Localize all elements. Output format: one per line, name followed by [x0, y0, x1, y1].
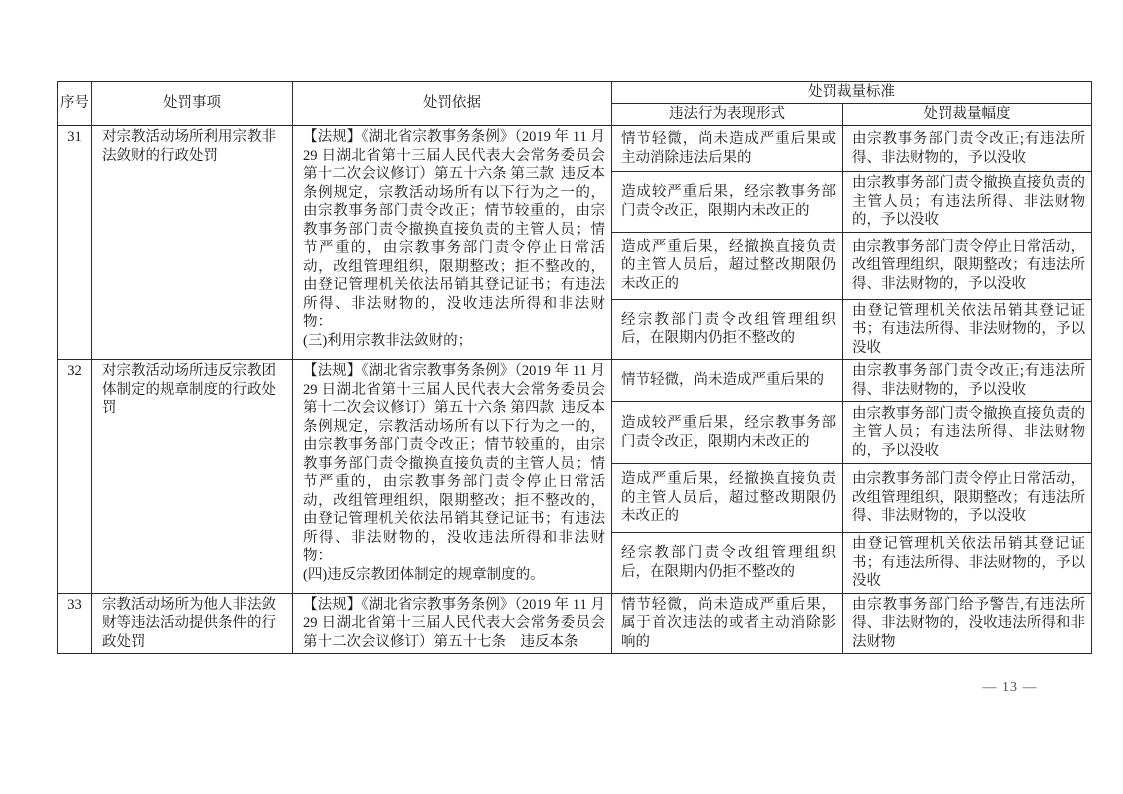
- header-row-1: 序号 处罚事项 处罚依据 处罚裁量标准: [58, 82, 1092, 104]
- penalty-matter: 宗教活动场所为他人非法敛财等违法活动提供条件的行政处罚: [92, 593, 293, 654]
- row-number: 33: [58, 593, 92, 654]
- row-number: 31: [58, 126, 92, 360]
- violation-form: 经宗教部门责令改组管理组织后，在限期内仍拒不整改的: [612, 299, 843, 360]
- penalty-range: 由宗教事务部门责令撤换直接负责的主管人员；有违法所得、非法财物的，予以没收: [843, 402, 1092, 464]
- row-number: 32: [58, 360, 92, 594]
- table-row: 31 对宗教活动场所利用宗教非法敛财的行政处罚 【法规】《湖北省宗教事务条例》（…: [58, 126, 1092, 172]
- penalty-range: 由宗教事务部门责令停止日常活动，改组管理组织，限期整改；有违法所得、非法财物的，…: [843, 464, 1092, 533]
- penalty-basis: 【法规】《湖北省宗教事务条例》（2019 年 11 月 29 日湖北省第十三届人…: [293, 360, 612, 594]
- table-row: 32 对宗教活动场所违反宗教团体制定的规章制度的行政处罚 【法规】《湖北省宗教事…: [58, 360, 1092, 402]
- violation-form: 造成较严重后果，经宗教事务部门责令改正，限期内未改正的: [612, 172, 843, 233]
- penalty-range: 由宗教事务部门责令停止日常活动，改组管理组织，限期整改；有违法所得、非法财物的，…: [843, 232, 1092, 299]
- penalty-range: 由宗教事务部门责令改正;有违法所得、非法财物的，予以没收: [843, 360, 1092, 402]
- penalty-matter: 对宗教活动场所利用宗教非法敛财的行政处罚: [92, 126, 293, 360]
- column-header-basis: 处罚依据: [293, 82, 612, 126]
- penalty-matter: 对宗教活动场所违反宗教团体制定的规章制度的行政处罚: [92, 360, 293, 594]
- violation-form: 造成较严重后果，经宗教事务部门责令改正，限期内未改正的: [612, 402, 843, 464]
- violation-form: 造成严重后果，经撤换直接负责的主管人员后，超过整改期限仍未改正的: [612, 464, 843, 533]
- column-header-matter: 处罚事项: [92, 82, 293, 126]
- violation-form: 情节轻微，尚未造成严重后果的: [612, 360, 843, 402]
- violation-form: 经宗教部门责令改组管理组织后，在限期内仍拒不整改的: [612, 533, 843, 594]
- table-row: 33 宗教活动场所为他人非法敛财等违法活动提供条件的行政处罚 【法规】《湖北省宗…: [58, 593, 1092, 654]
- penalty-range: 由宗教事务部门责令改正;有违法所得、非法财物的，予以没收: [843, 126, 1092, 172]
- penalty-range: 由登记管理机关依法吊销其登记证书；有违法所得、非法财物的，予以没收: [843, 533, 1092, 594]
- column-header-range: 处罚裁量幅度: [843, 104, 1092, 126]
- violation-form: 造成严重后果，经撤换直接负责的主管人员后，超过整改期限仍未改正的: [612, 232, 843, 299]
- column-header-no: 序号: [58, 82, 92, 126]
- penalty-range: 由宗教事务部门给予警告,有违法所得、非法财物的，没收违法所得和非法财物: [843, 593, 1092, 654]
- document-page: 序号 处罚事项 处罚依据 处罚裁量标准 违法行为表现形式 处罚裁量幅度 31 对…: [0, 0, 1123, 794]
- penalty-range: 由宗教事务部门责令撤换直接负责的主管人员；有违法所得、非法财物的，予以没收: [843, 172, 1092, 233]
- column-header-standard: 处罚裁量标准: [612, 82, 1092, 104]
- penalty-range: 由登记管理机关依法吊销其登记证书；有违法所得、非法财物的，予以没收: [843, 299, 1092, 360]
- penalty-table: 序号 处罚事项 处罚依据 处罚裁量标准 违法行为表现形式 处罚裁量幅度 31 对…: [57, 81, 1092, 654]
- violation-form: 情节轻微，尚未造成严重后果，属于首次违法的或者主动消除影响的: [612, 593, 843, 654]
- penalty-basis: 【法规】《湖北省宗教事务条例》（2019 年 11 月 29 日湖北省第十三届人…: [293, 126, 612, 360]
- column-header-form: 违法行为表现形式: [612, 104, 843, 126]
- violation-form: 情节轻微，尚未造成严重后果或主动消除违法后果的: [612, 126, 843, 172]
- penalty-basis: 【法规】《湖北省宗教事务条例》（2019 年 11 月 29 日湖北省第十三届人…: [293, 593, 612, 654]
- page-number: — 13 —: [940, 680, 1080, 696]
